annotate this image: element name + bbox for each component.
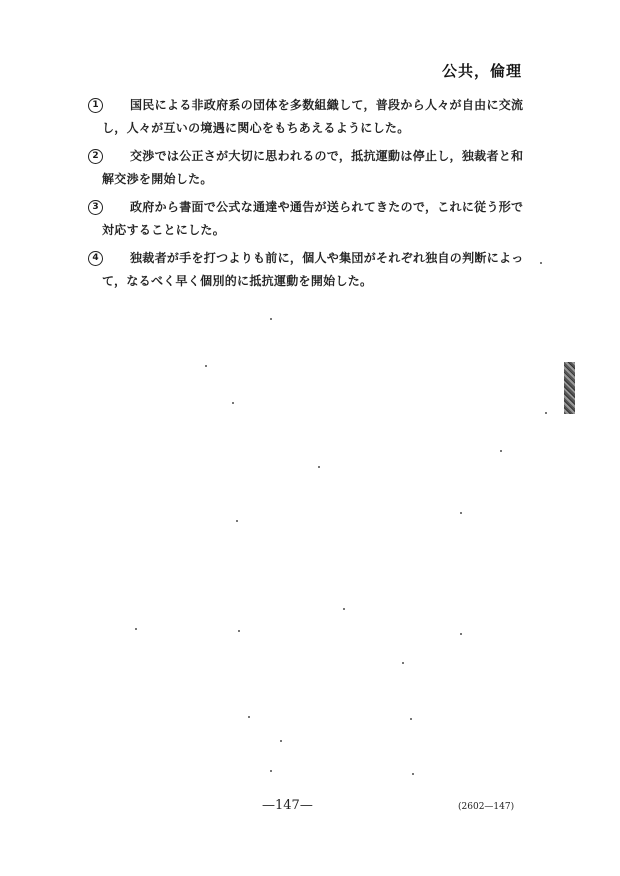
scan-speck — [545, 412, 547, 414]
scan-speck — [270, 770, 272, 772]
scan-speck — [205, 365, 207, 367]
scan-speck — [270, 318, 272, 320]
choice-2[interactable]: 2 交渉では公正さが大切に思われるので，抵抗運動は停止し，独裁者と和解交渉を開始… — [88, 145, 528, 190]
choice-3[interactable]: 3 政府から書面で公式な通達や通告が送られてきたので，これに従う形で対応すること… — [88, 196, 528, 241]
scan-speck — [236, 520, 238, 522]
choice-text-2: 交渉では公正さが大切に思われるので，抵抗運動は停止し，独裁者と和解交渉を開始した… — [88, 145, 528, 190]
scan-speck — [500, 450, 502, 452]
choice-text-4: 独裁者が手を打つよりも前に，個人や集団がそれぞれ独自の判断によって，なるべく早く… — [88, 247, 528, 292]
scan-speck — [412, 773, 414, 775]
scan-speck — [540, 262, 542, 264]
choice-1[interactable]: 1 国民による非政府系の団体を多数組織して，普段から人々が自由に交流し，人々が互… — [88, 94, 528, 139]
choice-number-1: 1 — [88, 98, 103, 113]
scan-speck — [410, 718, 412, 720]
scan-speck — [135, 628, 137, 630]
scan-speck — [318, 466, 320, 468]
scan-speck — [280, 740, 282, 742]
scan-speck — [232, 402, 234, 404]
choice-number-2: 2 — [88, 149, 103, 164]
choice-4[interactable]: 4 独裁者が手を打つよりも前に，個人や集団がそれぞれ独自の判断によって，なるべく… — [88, 247, 528, 292]
scan-speck — [343, 608, 345, 610]
scan-speck — [402, 662, 404, 664]
answer-choices: 1 国民による非政府系の団体を多数組織して，普段から人々が自由に交流し，人々が互… — [88, 94, 528, 298]
choice-number-4: 4 — [88, 251, 103, 266]
subject-heading: 公共，倫理 — [442, 60, 522, 81]
choice-text-1: 国民による非政府系の団体を多数組織して，普段から人々が自由に交流し，人々が互いの… — [88, 94, 528, 139]
scan-speck — [238, 630, 240, 632]
choice-number-3: 3 — [88, 200, 103, 215]
choice-text-3: 政府から書面で公式な通達や通告が送られてきたので，これに従う形で対応することにし… — [88, 196, 528, 241]
scan-speck — [248, 716, 250, 718]
scan-speck — [460, 512, 462, 514]
scan-speck — [460, 633, 462, 635]
section-thumb-tab — [564, 362, 575, 414]
page-number: —147— — [262, 798, 313, 813]
page-code: (2602—147) — [458, 802, 514, 812]
